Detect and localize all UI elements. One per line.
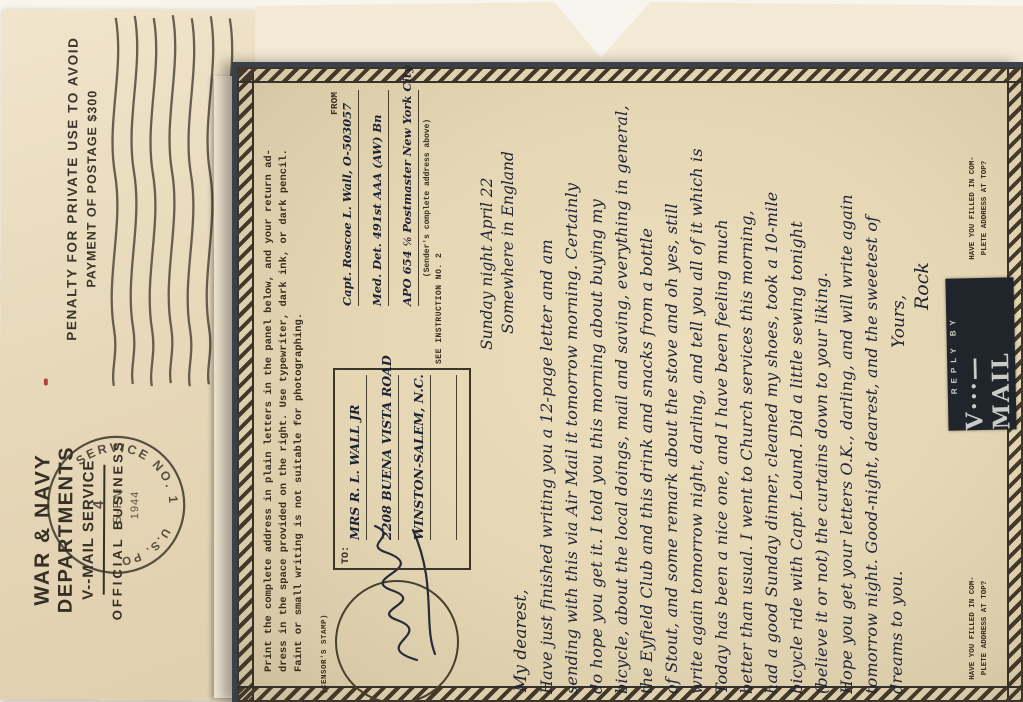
divider-rule [103,465,106,595]
instructions-line3: Faint or small writing is not suitable f… [292,100,307,672]
from-address-line2: Med. Det. 491st AAA (AW) Bn [359,90,389,306]
to-address-line2: 2208 BUENA VISTA ROAD [367,375,399,540]
instructions-line2: dress in the space provided on the right… [277,100,292,672]
address-reminder-left: HAVE YOU FILLED IN COM- PLETE ADDRESS AT… [967,558,991,698]
address-reminder-line2: PLETE ADDRESS AT TOP? [979,558,991,698]
penalty-line2: PAYMENT OF POSTAGE $300 [84,29,100,349]
letter-body-line: (believe it or not) the curtains down to… [812,74,837,694]
address-reminder-line1: HAVE YOU FILLED IN COM- [967,138,979,278]
to-address-panel: TO: MRS R. L. WALL JR 2208 BUENA VISTA R… [333,368,471,570]
red-ink-mark [44,378,48,385]
address-reminder-right: HAVE YOU FILLED IN COM- PLETE ADDRESS AT… [967,138,991,278]
to-label: TO: [341,546,352,564]
department-line2: DEPARTMENTS [54,360,79,700]
letter-body-line: dreams to you. [887,74,912,694]
vmail-form-content: Print the complete address in plain lett… [237,67,1023,702]
letter-signature: Rock [911,262,933,310]
sender-address-note: (Sender's complete address above) [423,90,432,306]
letter-body-line: write again tomorrow night, darling, and… [687,74,712,694]
letter-body-line: bicycle ride with Capt. Lound. Did a lit… [787,74,812,694]
letter-body-line: the Eyfield Club and this drink and snac… [637,74,662,694]
address-reminder-line2: PLETE ADDRESS AT TOP? [979,138,991,278]
letter-date: Sunday night April 22 [477,151,498,350]
letter-body-line: had a good Sunday dinner, cleaned my sho… [762,74,787,694]
censor-stamp-label: (CENSOR'S STAMP) [321,614,329,694]
letter-location: Somewhere in England [498,151,519,334]
letter-body-line: sending with this via Air Mail it tomorr… [562,74,587,694]
letter-closing: Yours, [889,295,909,348]
letter-body-line: Today has been a nice one, and I have be… [712,74,737,694]
from-address-line3: APO 654 ℅ Postmaster New York City [389,90,419,306]
department-line1: WAR & NAVY [30,359,56,699]
instructions-line1: Print the complete address in plain lett… [262,100,277,672]
from-label: FROM [329,92,340,115]
to-address-line4-blank [431,375,457,540]
hatched-border-top [237,67,254,702]
from-address-panel: FROM Capt. Roscoe L. Wall, O-503057 Med.… [329,90,432,306]
letter-salutation: My dearest, [511,589,531,692]
reply-by-vmail-stamp: REPLY BY V···—MAIL [945,277,1016,430]
from-address-line1: Capt. Roscoe L. Wall, O-503057 [329,90,359,306]
letter-body-line: do hope you get it. I told you this morn… [587,74,612,694]
department-block: WAR & NAVY DEPARTMENTS V--MAIL SERVICE O… [30,359,142,700]
official-business-line: OFFICIAL BUSINESS [109,360,126,700]
letter-body-line: bicycle, about the local doings, mail an… [612,74,637,694]
form-instructions: Print the complete address in plain lett… [262,100,308,672]
penalty-line1: PENALTY FOR PRIVATE USE TO AVOID [64,29,81,349]
reply-by-text: REPLY BY [948,315,959,394]
address-reminder-line1: HAVE YOU FILLED IN COM- [967,558,979,698]
to-address-line3: WINSTON-SALEM, N.C. [399,375,431,540]
vmail-letter-scan: PENALTY FOR PRIVATE USE TO AVOID PAYMENT… [0,0,1023,702]
letter-dateline: Sunday night April 22 Somewhere in Engla… [477,151,519,350]
to-address-line1: MRS R. L. WALL JR [335,375,367,540]
vmail-form-sheet: Print the complete address in plain lett… [232,62,1023,702]
letter-body: Have just finished writing you a 12-page… [537,74,912,694]
letter-body-line: Have just finished writing you a 12-page… [537,74,562,694]
letter-body-line: tomorrow night. Good-night, dearest, and… [862,74,887,694]
vmail-logo-text: V···—MAIL [958,277,1015,430]
service-line: V--MAIL SERVICE [79,360,98,700]
letter-body-line: Hope you get your letters O.K., darling,… [837,74,862,694]
see-instruction-note: SEE INSTRUCTION NO. 2 [435,253,444,364]
letter-body-line: better than usual. I went to Church serv… [737,74,762,694]
letter-body-line: of Stout, and some remark about the stov… [662,74,687,694]
to-address-lines: MRS R. L. WALL JR 2208 BUENA VISTA ROAD … [335,375,457,540]
